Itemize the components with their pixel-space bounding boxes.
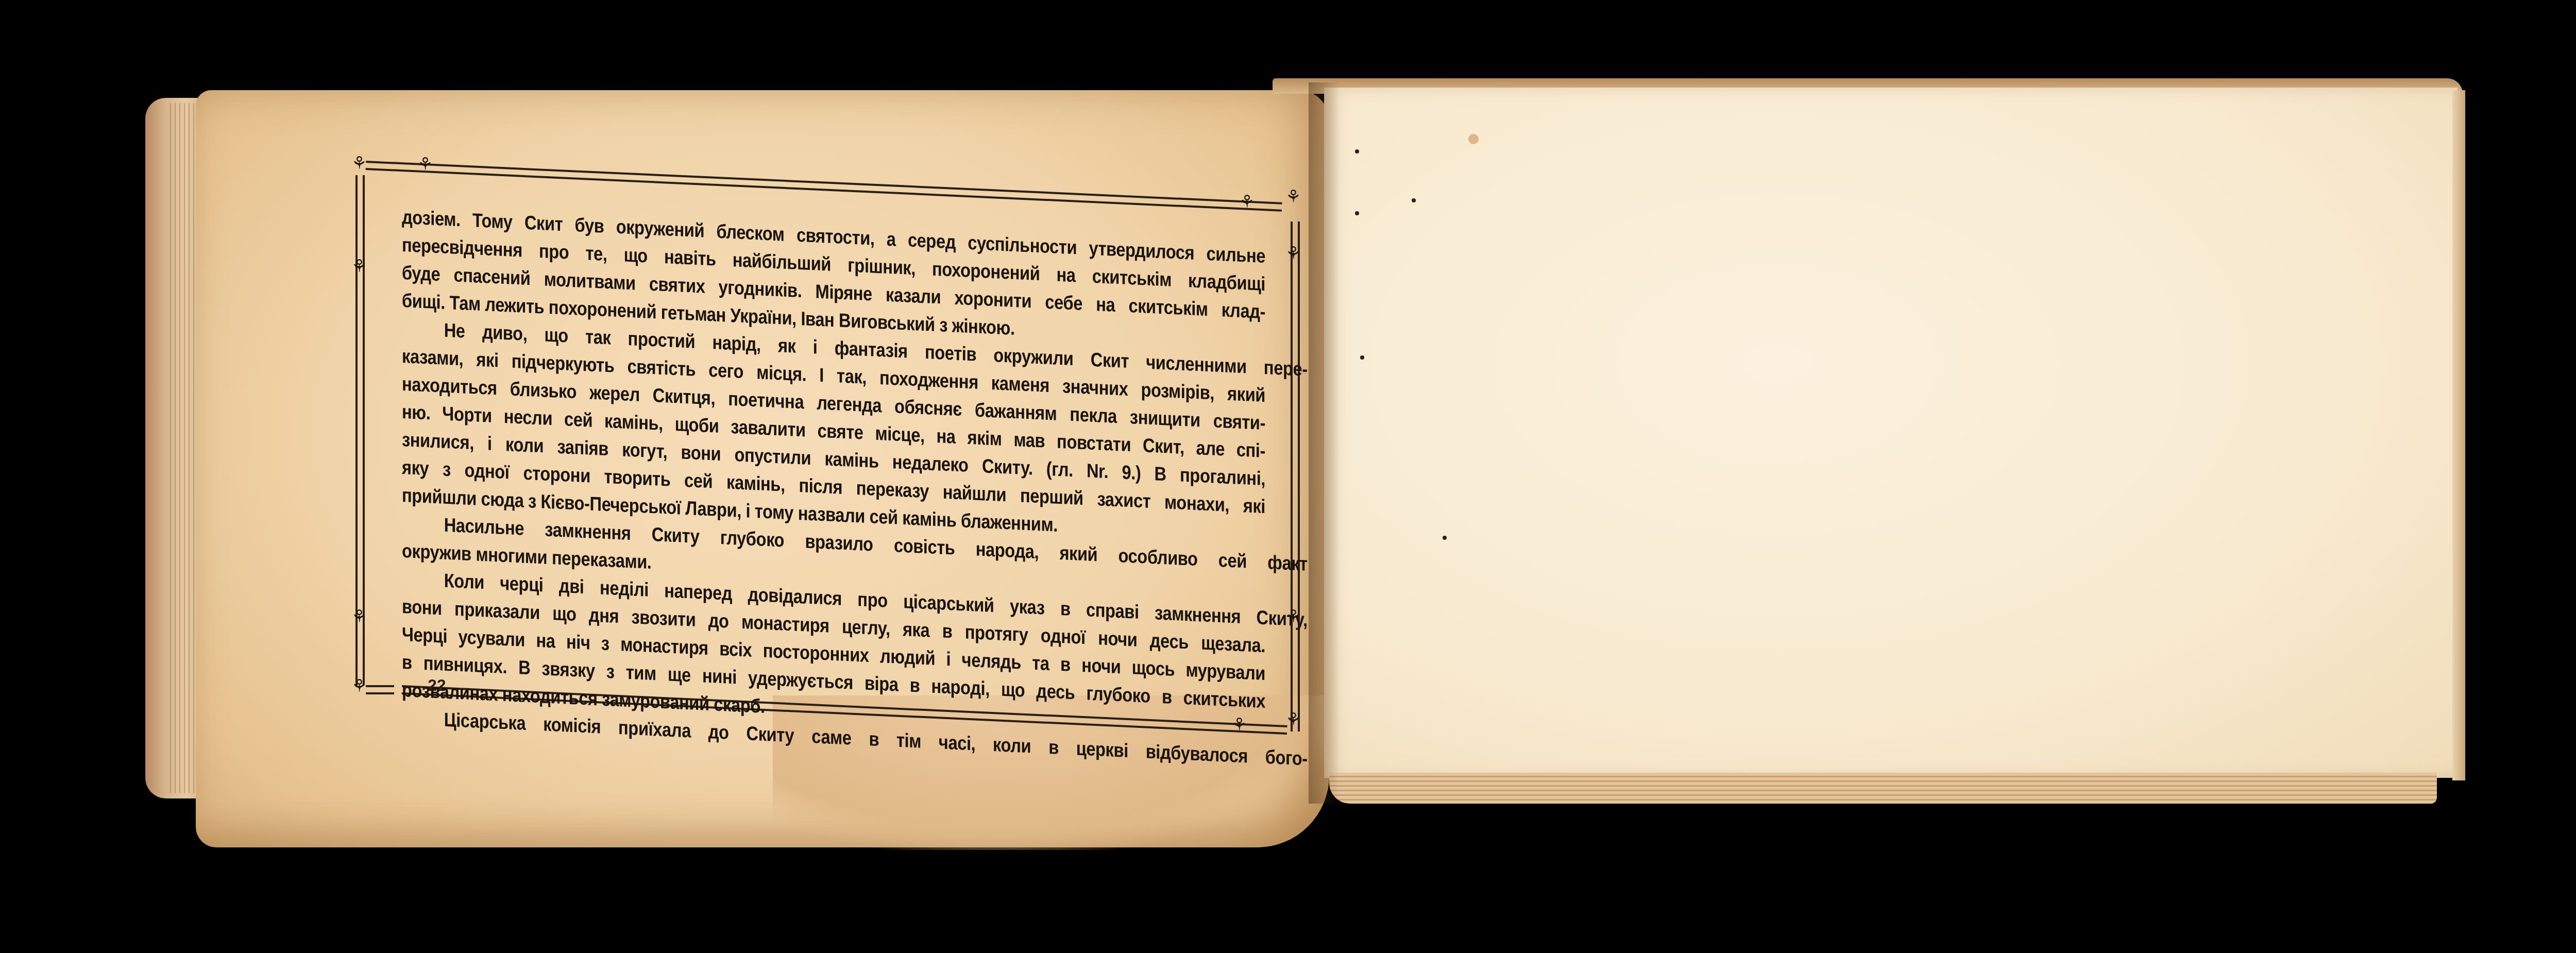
frame-top-rule bbox=[366, 161, 1282, 212]
right-page-bottom-edge bbox=[1329, 773, 2437, 804]
open-book-photo: ⚘ ⚘ ⚘ ⚘ ⚘ ⚘ ⚘ ⚘ ⚘ ⚘ ⚘ 22 дозіем. Тому Ск… bbox=[0, 0, 2576, 953]
right-page-blank bbox=[1324, 88, 2458, 778]
knot-ornament-icon: ⚘ bbox=[351, 677, 367, 695]
paper-speck bbox=[1412, 198, 1416, 202]
knot-ornament-icon: ⚘ bbox=[1285, 711, 1301, 728]
knot-ornament-icon: ⚘ bbox=[1239, 193, 1255, 211]
knot-ornament-icon: ⚘ bbox=[417, 156, 433, 173]
paper-speck bbox=[1355, 149, 1359, 154]
page-body-text: дозіем. Тому Скит був окружений блеском … bbox=[402, 203, 1267, 771]
knot-ornament-icon: ⚘ bbox=[351, 608, 367, 625]
paper-speck bbox=[1355, 211, 1359, 215]
frame-bottom-rule-left bbox=[366, 685, 394, 694]
knot-ornament-icon: ⚘ bbox=[351, 258, 367, 275]
frame-right-rule bbox=[1291, 222, 1300, 731]
knot-ornament-icon: ⚘ bbox=[351, 155, 367, 172]
knot-ornament-icon: ⚘ bbox=[1285, 188, 1301, 206]
paper-speck bbox=[1443, 536, 1447, 540]
gutter-shadow bbox=[1309, 82, 1340, 804]
paper-speck bbox=[1360, 355, 1364, 360]
right-page-side-edge bbox=[2452, 90, 2465, 780]
knot-ornament-icon: ⚘ bbox=[1285, 245, 1301, 262]
paper-stain bbox=[1468, 134, 1479, 144]
